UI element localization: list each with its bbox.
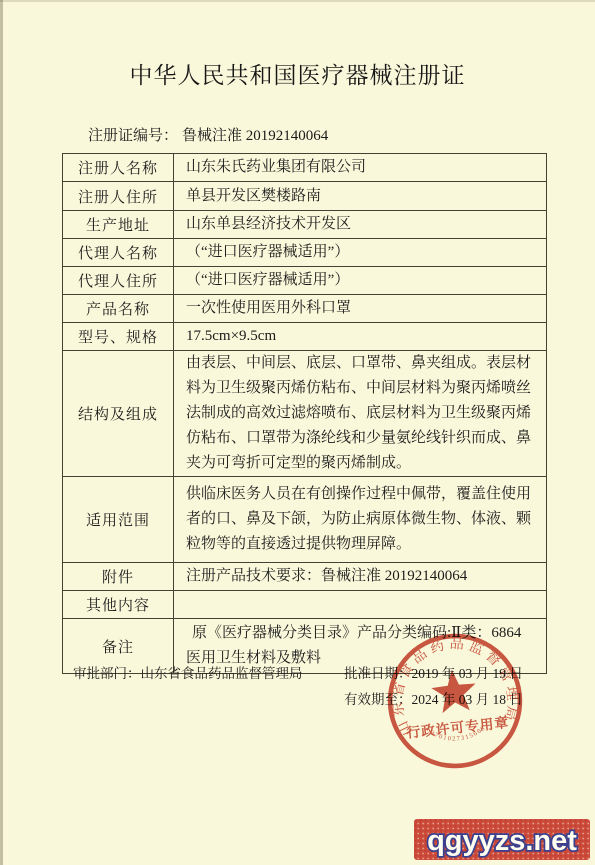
row-value: 由表层、中间层、底层、口罩带、鼻夹组成。表层材料为卫生级聚丙烯仿粘布、中间层材料… bbox=[174, 351, 546, 476]
row-label: 注册人住所 bbox=[63, 182, 174, 210]
row-label: 其他内容 bbox=[63, 591, 174, 618]
scan-edge-shadow bbox=[0, 0, 3, 865]
row-label: 型号、规格 bbox=[63, 323, 174, 350]
table-row-registrant-name: 注册人名称 山东朱氏药业集团有限公司 bbox=[63, 154, 546, 182]
table-row-agent-name: 代理人名称 （“进口医疗器械适用”） bbox=[63, 239, 546, 267]
table-row-agent-address: 代理人住所 （“进口医疗器械适用”） bbox=[63, 267, 546, 295]
table-row-attachment: 附件 注册产品技术要求：鲁械注准 20192140064 bbox=[63, 563, 546, 591]
row-value: 山东朱氏药业集团有限公司 bbox=[174, 154, 546, 181]
row-label: 结构及组成 bbox=[63, 351, 174, 476]
row-label: 生产地址 bbox=[63, 211, 174, 238]
table-row-registrant-address: 注册人住所 单县开发区樊楼路南 bbox=[63, 182, 546, 211]
table-row-structure: 结构及组成 由表层、中间层、底层、口罩带、鼻夹组成。表层材料为卫生级聚丙烯仿粘布… bbox=[63, 351, 546, 477]
row-value: 一次性使用医用外科口罩 bbox=[174, 295, 546, 322]
row-label: 适用范围 bbox=[63, 477, 174, 562]
row-label: 产品名称 bbox=[63, 295, 174, 322]
certificate-number-label: 注册证编号： bbox=[88, 128, 178, 144]
row-value: （“进口医疗器械适用”） bbox=[174, 267, 546, 294]
approval-department-label: 审批部门： bbox=[73, 666, 141, 681]
row-value bbox=[174, 591, 546, 618]
scan-edge-shadow-top bbox=[0, 0, 595, 2]
row-value: 17.5cm×9.5cm bbox=[174, 323, 546, 350]
watermark-text: qgyyzs.net bbox=[427, 825, 577, 857]
table-row-other: 其他内容 bbox=[63, 591, 546, 619]
row-label: 附件 bbox=[63, 563, 174, 590]
certificate-number-value: 鲁械注准 20192140064 bbox=[182, 128, 328, 144]
certificate-number-line: 注册证编号：鲁械注准 20192140064 bbox=[88, 124, 328, 145]
row-value: 山东单县经济技术开发区 bbox=[174, 211, 546, 238]
approval-department-line: 审批部门：山东省食品药品监督管理局 bbox=[73, 662, 303, 682]
certificate-title: 中华人民共和国医疗器械注册证 bbox=[0, 57, 595, 90]
table-row-model-spec: 型号、规格 17.5cm×9.5cm bbox=[63, 323, 546, 351]
row-value: 注册产品技术要求：鲁械注准 20192140064 bbox=[174, 563, 546, 590]
row-value: （“进口医疗器械适用”） bbox=[174, 239, 546, 266]
certificate-page: { "page": { "title": "中华人民共和国医疗器械注册证", "… bbox=[0, 0, 595, 865]
row-label: 代理人住所 bbox=[63, 267, 174, 294]
watermark-badge: qgyyzs.net bbox=[412, 817, 592, 862]
row-label: 注册人名称 bbox=[63, 154, 174, 181]
approval-department-value: 山东省食品药品监督管理局 bbox=[141, 666, 303, 681]
row-value: 单县开发区樊楼路南 bbox=[174, 182, 546, 210]
official-seal-stamp: 山东省食品药品监督管理局 行政许可专用章 3701027315608 bbox=[377, 623, 533, 779]
row-label: 代理人名称 bbox=[63, 239, 174, 266]
row-value: 供临床医务人员在有创操作过程中佩带，覆盖住使用者的口、鼻及下颌，为防止病原体微生… bbox=[174, 477, 546, 562]
certificate-table: 注册人名称 山东朱氏药业集团有限公司 注册人住所 单县开发区樊楼路南 生产地址 … bbox=[62, 153, 547, 674]
table-row-scope: 适用范围 供临床医务人员在有创操作过程中佩带，覆盖住使用者的口、鼻及下颌，为防止… bbox=[63, 477, 546, 563]
table-row-production-address: 生产地址 山东单县经济技术开发区 bbox=[63, 211, 546, 239]
seal-star-icon bbox=[430, 667, 479, 714]
table-row-product-name: 产品名称 一次性使用医用外科口罩 bbox=[63, 295, 546, 323]
